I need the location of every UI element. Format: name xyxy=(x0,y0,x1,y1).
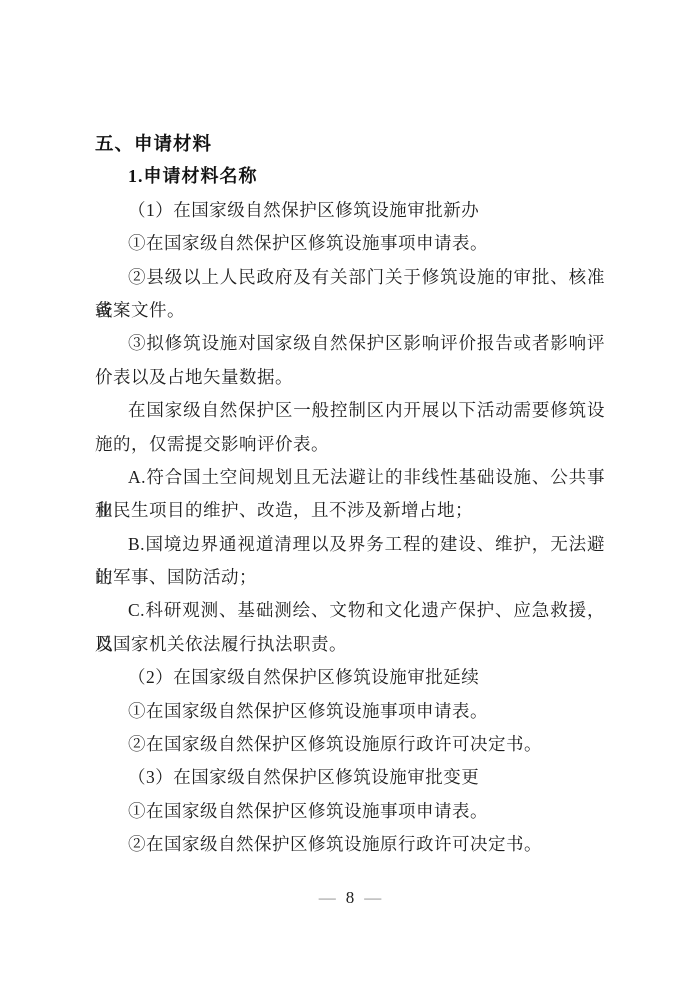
text-line: 的军事、国防活动； xyxy=(95,561,605,594)
page-footer: —8— xyxy=(0,885,700,911)
document-page: 五、申请材料1.申请材料名称（1）在国家级自然保护区修筑设施审批新办①在国家级自… xyxy=(0,0,700,989)
text-line: ①在国家级自然保护区修筑设施事项申请表。 xyxy=(95,795,605,828)
text-line: （3）在国家级自然保护区修筑设施审批变更 xyxy=(95,761,605,794)
page-number: 8 xyxy=(346,888,355,907)
text-line: 在国家级自然保护区一般控制区内开展以下活动需要修筑设 xyxy=(95,394,605,427)
text-line: 备案文件。 xyxy=(95,294,605,327)
text-line: ①在国家级自然保护区修筑设施事项申请表。 xyxy=(95,695,605,728)
text-line: ①在国家级自然保护区修筑设施事项申请表。 xyxy=(95,227,605,260)
text-line: ②在国家级自然保护区修筑设施原行政许可决定书。 xyxy=(95,728,605,761)
document-body: 五、申请材料1.申请材料名称（1）在国家级自然保护区修筑设施审批新办①在国家级自… xyxy=(95,127,605,862)
footer-dash-right: — xyxy=(364,888,381,907)
footer-dash-left: — xyxy=(319,888,336,907)
text-line: ③拟修筑设施对国家级自然保护区影响评价报告或者影响评 xyxy=(95,327,605,360)
section-heading: 五、申请材料 xyxy=(95,127,605,160)
text-line: C.科研观测、基础测绘、文物和文化遗产保护、应急救援，以 xyxy=(95,594,605,627)
sub-heading: 1.申请材料名称 xyxy=(95,160,605,193)
text-line: （1）在国家级自然保护区修筑设施审批新办 xyxy=(95,194,605,227)
text-line: 及国家机关依法履行执法职责。 xyxy=(95,628,605,661)
text-line: ②在国家级自然保护区修筑设施原行政许可决定书。 xyxy=(95,828,605,861)
text-line: B.国境边界通视道清理以及界务工程的建设、维护，无法避让 xyxy=(95,528,605,561)
text-line: 和民生项目的维护、改造，且不涉及新增占地； xyxy=(95,494,605,527)
text-line: ②县级以上人民政府及有关部门关于修筑设施的审批、核准或 xyxy=(95,261,605,294)
text-line: 施的，仅需提交影响评价表。 xyxy=(95,428,605,461)
text-line: A.符合国土空间规划且无法避让的非线性基础设施、公共事业 xyxy=(95,461,605,494)
text-line: （2）在国家级自然保护区修筑设施审批延续 xyxy=(95,661,605,694)
text-line: 价表以及占地矢量数据。 xyxy=(95,361,605,394)
